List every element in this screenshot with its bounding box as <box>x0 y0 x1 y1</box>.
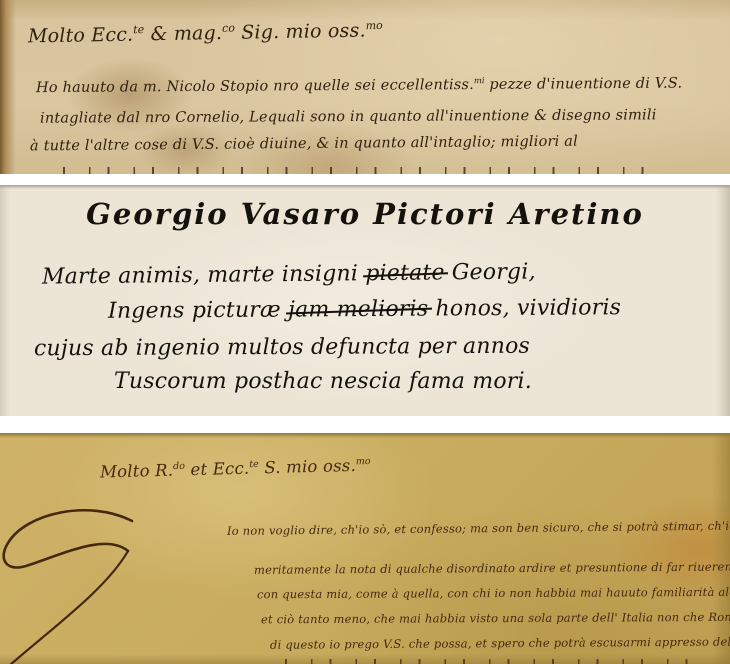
manuscript-line: di questo io prego V.S. che possa, et sp… <box>270 634 730 652</box>
salutation-line: Molto Ecc.te & mag.co Sig. mio oss.mo <box>28 19 383 48</box>
manuscript-line: à tutte l'altre cose di V.S. cioè diuine… <box>30 134 578 155</box>
cropped-line-fragments <box>268 659 708 664</box>
cropped-line-fragments <box>46 167 666 174</box>
manuscript-collage: Molto Ecc.te & mag.co Sig. mio oss.mo Ho… <box>0 0 730 664</box>
manuscript-panel-dedication: Georgio Vasaro Pictori Aretino Marte ani… <box>0 185 730 416</box>
panel-divider <box>0 416 730 433</box>
manuscript-panel-top-letter: Molto Ecc.te & mag.co Sig. mio oss.mo Ho… <box>0 0 730 174</box>
manuscript-line: Io non voglio dire, ch'io sò, et confess… <box>227 518 730 538</box>
manuscript-line: intagliate dal nro Cornelio, Lequali son… <box>40 107 657 126</box>
pen-flourish <box>0 493 244 664</box>
manuscript-panel-bottom-letter: Molto R.do et Ecc.te S. mio oss.mo Io no… <box>0 433 730 664</box>
manuscript-line: et ciò tanto meno, che mai habbia visto … <box>261 610 730 627</box>
salutation-line: Molto R.do et Ecc.te S. mio oss.mo <box>100 455 371 481</box>
panel-divider <box>0 174 730 185</box>
verse-line: Marte animis, marte insigni pietate Geor… <box>42 259 536 289</box>
manuscript-line: con questa mia, come à quella, con chi i… <box>257 585 730 602</box>
manuscript-line: Ho hauuto da m. Nicolo Stopio nro quelle… <box>36 74 682 96</box>
verse-line: Tuscorum posthac nescia fama mori. <box>114 369 532 394</box>
dedication-title-text: Georgio Vasaro Pictori Aretino <box>0 197 730 231</box>
manuscript-line: meritamente la nota di qualche disordina… <box>254 559 730 577</box>
verse-line: cujus ab ingenio multos defuncta per ann… <box>34 334 530 362</box>
verse-line: Ingens picturæ jam melioris honos, vivid… <box>108 295 621 324</box>
